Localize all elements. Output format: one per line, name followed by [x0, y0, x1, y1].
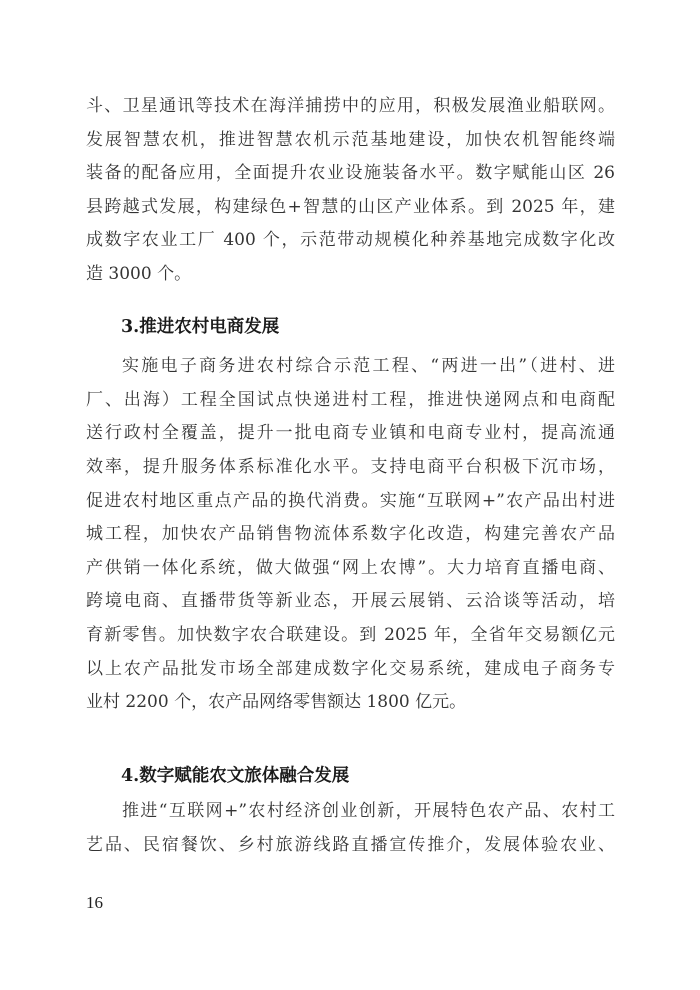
- paragraph-line: 实施电子商务进农村综合示范工程、“两进一出”（进村、进: [122, 354, 615, 378]
- paragraph-line: 厂、出海）工程全国试点快递进村工程，推进快递网点和电商配: [86, 388, 615, 412]
- paragraph-line: 城工程，加快农产品销售物流体系数字化改造，构建完善农产品: [86, 522, 615, 546]
- paragraph-line: 送行政村全覆盖，提升一批电商专业镇和电商专业村，提高流通: [86, 421, 615, 445]
- paragraph-line: 艺品、民宿餐饮、乡村旅游线路直播宣传推介，发展体验农业、: [86, 833, 615, 857]
- paragraph-line: 县跨越式发展，构建绿色+智慧的山区产业体系。到 2025 年，建: [86, 195, 615, 219]
- paragraph-line: 跨境电商、直播带货等新业态，开展云展销、云洽谈等活动，培: [86, 589, 615, 613]
- paragraph-line: 业村 2200 个，农产品网络零售额达 1800 亿元。: [86, 690, 615, 714]
- paragraph-line: 促进农村地区重点产品的换代消费。实施“互联网+”农产品出村进: [86, 489, 615, 513]
- paragraph-line: 斗、卫星通讯等技术在海洋捕捞中的应用，积极发展渔业船联网。: [86, 94, 615, 118]
- section-heading: 4.数字赋能农文旅体融合发展: [121, 764, 349, 788]
- paragraph-line: 成数字农业工厂 400 个，示范带动规模化种养基地完成数字化改: [86, 228, 615, 252]
- section-heading: 3.推进农村电商发展: [121, 315, 279, 339]
- page-number: 16: [86, 893, 103, 913]
- paragraph-line: 效率，提升服务体系标准化水平。支持电商平台积极下沉市场，: [86, 455, 615, 479]
- paragraph-line: 产供销一体化系统，做大做强“网上农博”。大力培育直播电商、: [86, 556, 615, 580]
- paragraph-line: 推进“互联网+”农村经济创业创新，开展特色农产品、农村工: [122, 799, 615, 823]
- document-page: 斗、卫星通讯等技术在海洋捕捞中的应用，积极发展渔业船联网。 发展智慧农机，推进智…: [0, 0, 700, 990]
- paragraph-line: 发展智慧农机，推进智慧农机示范基地建设，加快农机智能终端: [86, 128, 615, 152]
- paragraph-line: 造 3000 个。: [86, 262, 615, 286]
- paragraph-line: 育新零售。加快数字农合联建设。到 2025 年，全省年交易额亿元: [86, 623, 615, 647]
- paragraph-line: 以上农产品批发市场全部建成数字化交易系统，建成电子商务专: [86, 657, 615, 681]
- paragraph-line: 装备的配备应用，全面提升农业设施装备水平。数字赋能山区 26: [86, 161, 615, 185]
